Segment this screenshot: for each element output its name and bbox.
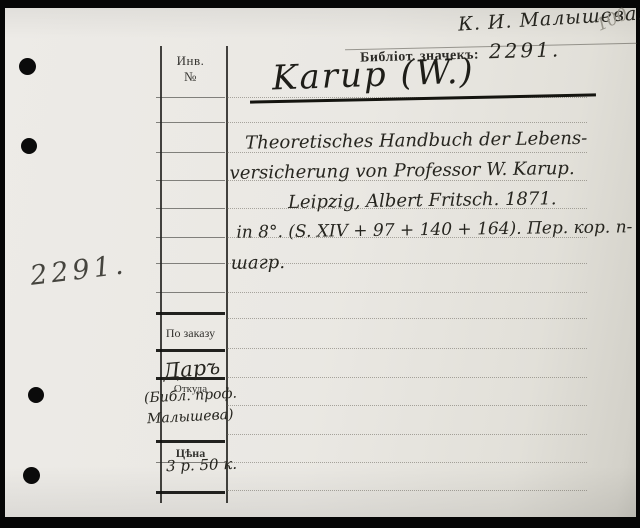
entry-line: Leipzig, Albert Fritsch. 1871. <box>288 187 635 213</box>
guide-line <box>227 348 587 349</box>
stamp-number: 2291. <box>489 37 562 63</box>
guide-line <box>227 377 587 378</box>
punch-hole <box>23 467 40 484</box>
section-line <box>156 312 225 315</box>
ruled-line <box>156 237 225 238</box>
ruled-line <box>156 122 225 123</box>
entry-line: versicherung von Professor W. Karup. <box>229 157 634 184</box>
section-line <box>156 491 225 494</box>
guide-line <box>227 462 587 463</box>
section-line <box>156 349 225 352</box>
guide-line <box>227 490 587 491</box>
ruled-line <box>156 97 225 98</box>
guide-line <box>227 122 587 123</box>
punch-hole <box>19 58 36 75</box>
entry-body: Theoretisches Handbuch der Lebens- versi… <box>229 127 636 274</box>
guide-line <box>227 434 587 435</box>
guide-line <box>227 405 587 406</box>
punch-hole <box>21 138 37 154</box>
entry-line: in 8°. (S. XIV + 97 + 140 + 164). Пер. к… <box>236 217 635 243</box>
ruled-line <box>156 152 225 153</box>
order-label: По заказу <box>156 326 225 341</box>
punch-hole <box>28 387 44 403</box>
ruled-line <box>156 292 225 293</box>
inventory-label-line1: Инв. <box>156 53 225 69</box>
entry-line: Theoretisches Handbuch der Lebens- <box>245 127 634 153</box>
guide-line <box>227 292 587 293</box>
ruled-line <box>156 208 225 209</box>
guide-line <box>227 318 587 319</box>
price-value: 3 р. 50 к. <box>166 455 238 475</box>
scanned-catalog-card: Инв. № По заказу Откуда Цѣна К. И. Малыш… <box>0 0 640 528</box>
ruled-line <box>156 180 225 181</box>
ruled-line <box>156 263 225 264</box>
inventory-label-line2: № <box>156 69 225 85</box>
inventory-number-label: Инв. № <box>156 53 225 85</box>
origin-note: Даръ <box>162 355 221 384</box>
column-left-border <box>160 46 162 503</box>
section-line <box>156 440 225 443</box>
author-heading: Karup (W.) <box>271 51 475 98</box>
